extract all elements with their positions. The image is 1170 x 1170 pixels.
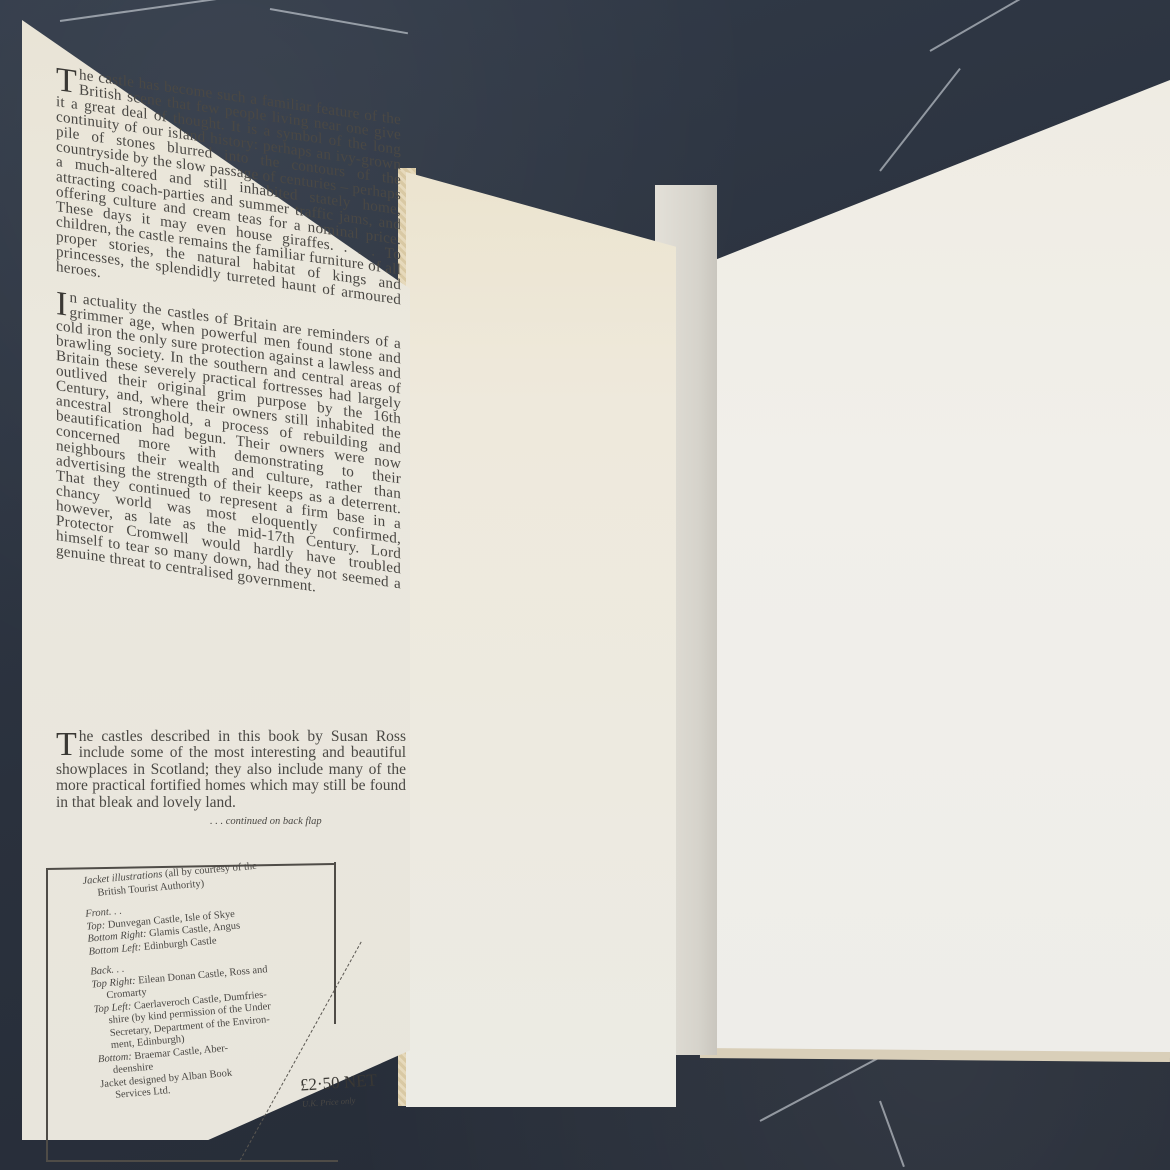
continued-note: . . . continued on back flap (210, 816, 322, 827)
marble-vein (879, 1101, 905, 1167)
endpaper (406, 172, 676, 1107)
drop-cap: I (56, 290, 68, 320)
jacket-credits: Jacket illustrations (all by courtesy of… (82, 853, 361, 1103)
flap-blurb: T he castle has become such a familiar f… (56, 64, 401, 620)
blurb-paragraph-3: T he castles described in this book by S… (56, 729, 406, 812)
drop-cap: T (56, 66, 77, 97)
marble-vein (60, 0, 258, 22)
marble-vein (879, 68, 961, 172)
marble-vein (270, 8, 408, 34)
blurb-paragraph-2: I n actuality the castles of Britain are… (56, 288, 401, 606)
marble-vein (930, 0, 1026, 52)
drop-cap: T (56, 731, 77, 759)
